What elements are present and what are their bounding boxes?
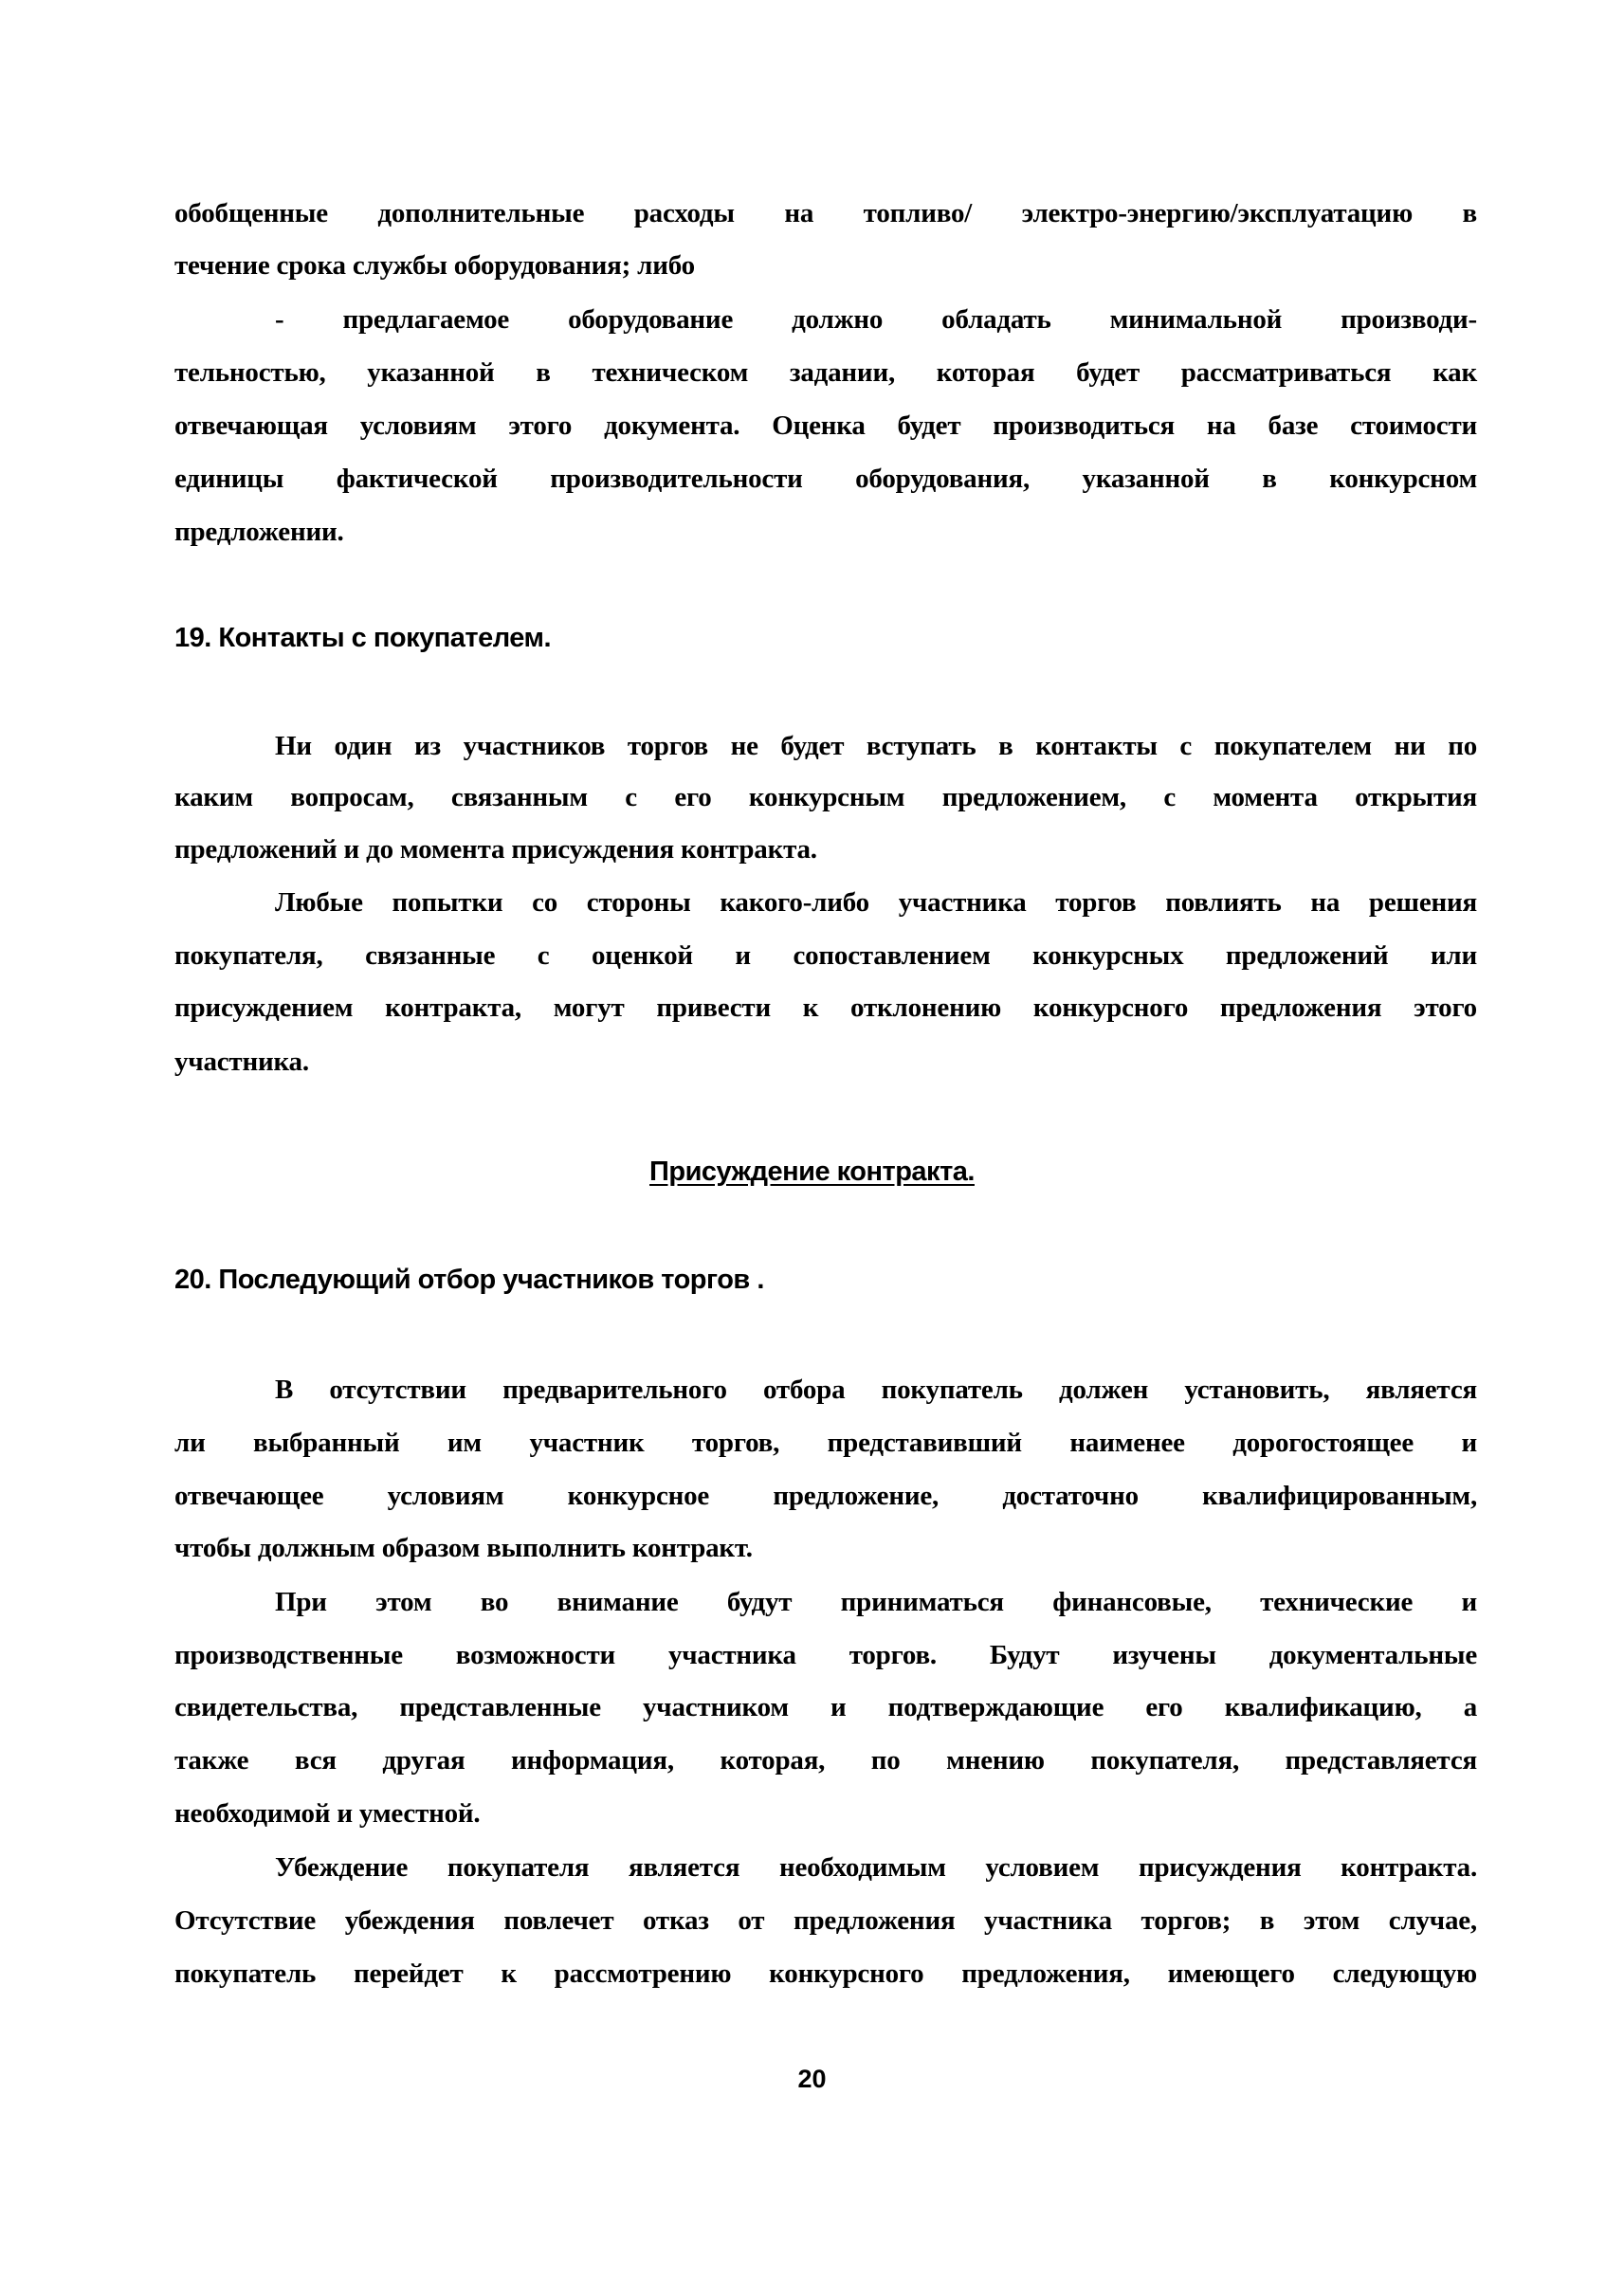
text-line: тельностью, указанной в техническом зада… — [174, 354, 1477, 392]
text-line: Отсутствие убеждения повлечет отказ от п… — [174, 1902, 1477, 1940]
text-line: необходимой и уместной. — [174, 1794, 1477, 1832]
text-line: течение срока службы оборудования; либо — [174, 246, 1477, 284]
text-line: Любые попытки со стороны какого-либо уча… — [275, 883, 1477, 921]
page-number: 20 — [0, 2062, 1624, 2096]
text-line: единицы фактической производительности о… — [174, 460, 1477, 498]
part-heading: Присуждение контракта. — [0, 1153, 1624, 1191]
text-line: обобщенные дополнительные расходы на топ… — [174, 194, 1477, 232]
text-line: предложений и до момента присуждения кон… — [174, 830, 1477, 868]
text-line: покупатель перейдет к рассмотрению конку… — [174, 1955, 1477, 1993]
text-line: В отсутствии предварительного отбора пок… — [275, 1371, 1477, 1409]
text-line: отвечающее условиям конкурсное предложен… — [174, 1477, 1477, 1515]
text-line: - предлагаемое оборудование должно облад… — [275, 301, 1477, 338]
text-line: ли выбранный им участник торгов, предста… — [174, 1424, 1477, 1462]
section-heading-19: 19. Контакты с покупателем. — [174, 619, 551, 657]
text-line: При этом во внимание будут приниматься ф… — [275, 1583, 1477, 1621]
text-line: производственные возможности участника т… — [174, 1636, 1477, 1674]
text-line: также вся другая информация, которая, по… — [174, 1741, 1477, 1779]
text-line: покупателя, связанные с оценкой и сопост… — [174, 937, 1477, 974]
text-line: Убеждение покупателя является необходимы… — [275, 1849, 1477, 1886]
text-line: Ни один из участников торгов не будет вс… — [275, 727, 1477, 765]
text-line: свидетельства, представленные участником… — [174, 1688, 1477, 1726]
document-page: обобщенные дополнительные расходы на топ… — [0, 0, 1624, 2295]
text-line: каким вопросам, связанным с его конкурсн… — [174, 778, 1477, 816]
text-line: отвечающая условиям этого документа. Оце… — [174, 407, 1477, 445]
text-line: присуждением контракта, могут привести к… — [174, 989, 1477, 1027]
text-line: чтобы должным образом выполнить контракт… — [174, 1529, 1477, 1567]
text-line: участника. — [174, 1043, 1477, 1081]
section-heading-20: 20. Последующий отбор участников торгов … — [174, 1261, 764, 1299]
text-line: предложении. — [174, 513, 1477, 551]
